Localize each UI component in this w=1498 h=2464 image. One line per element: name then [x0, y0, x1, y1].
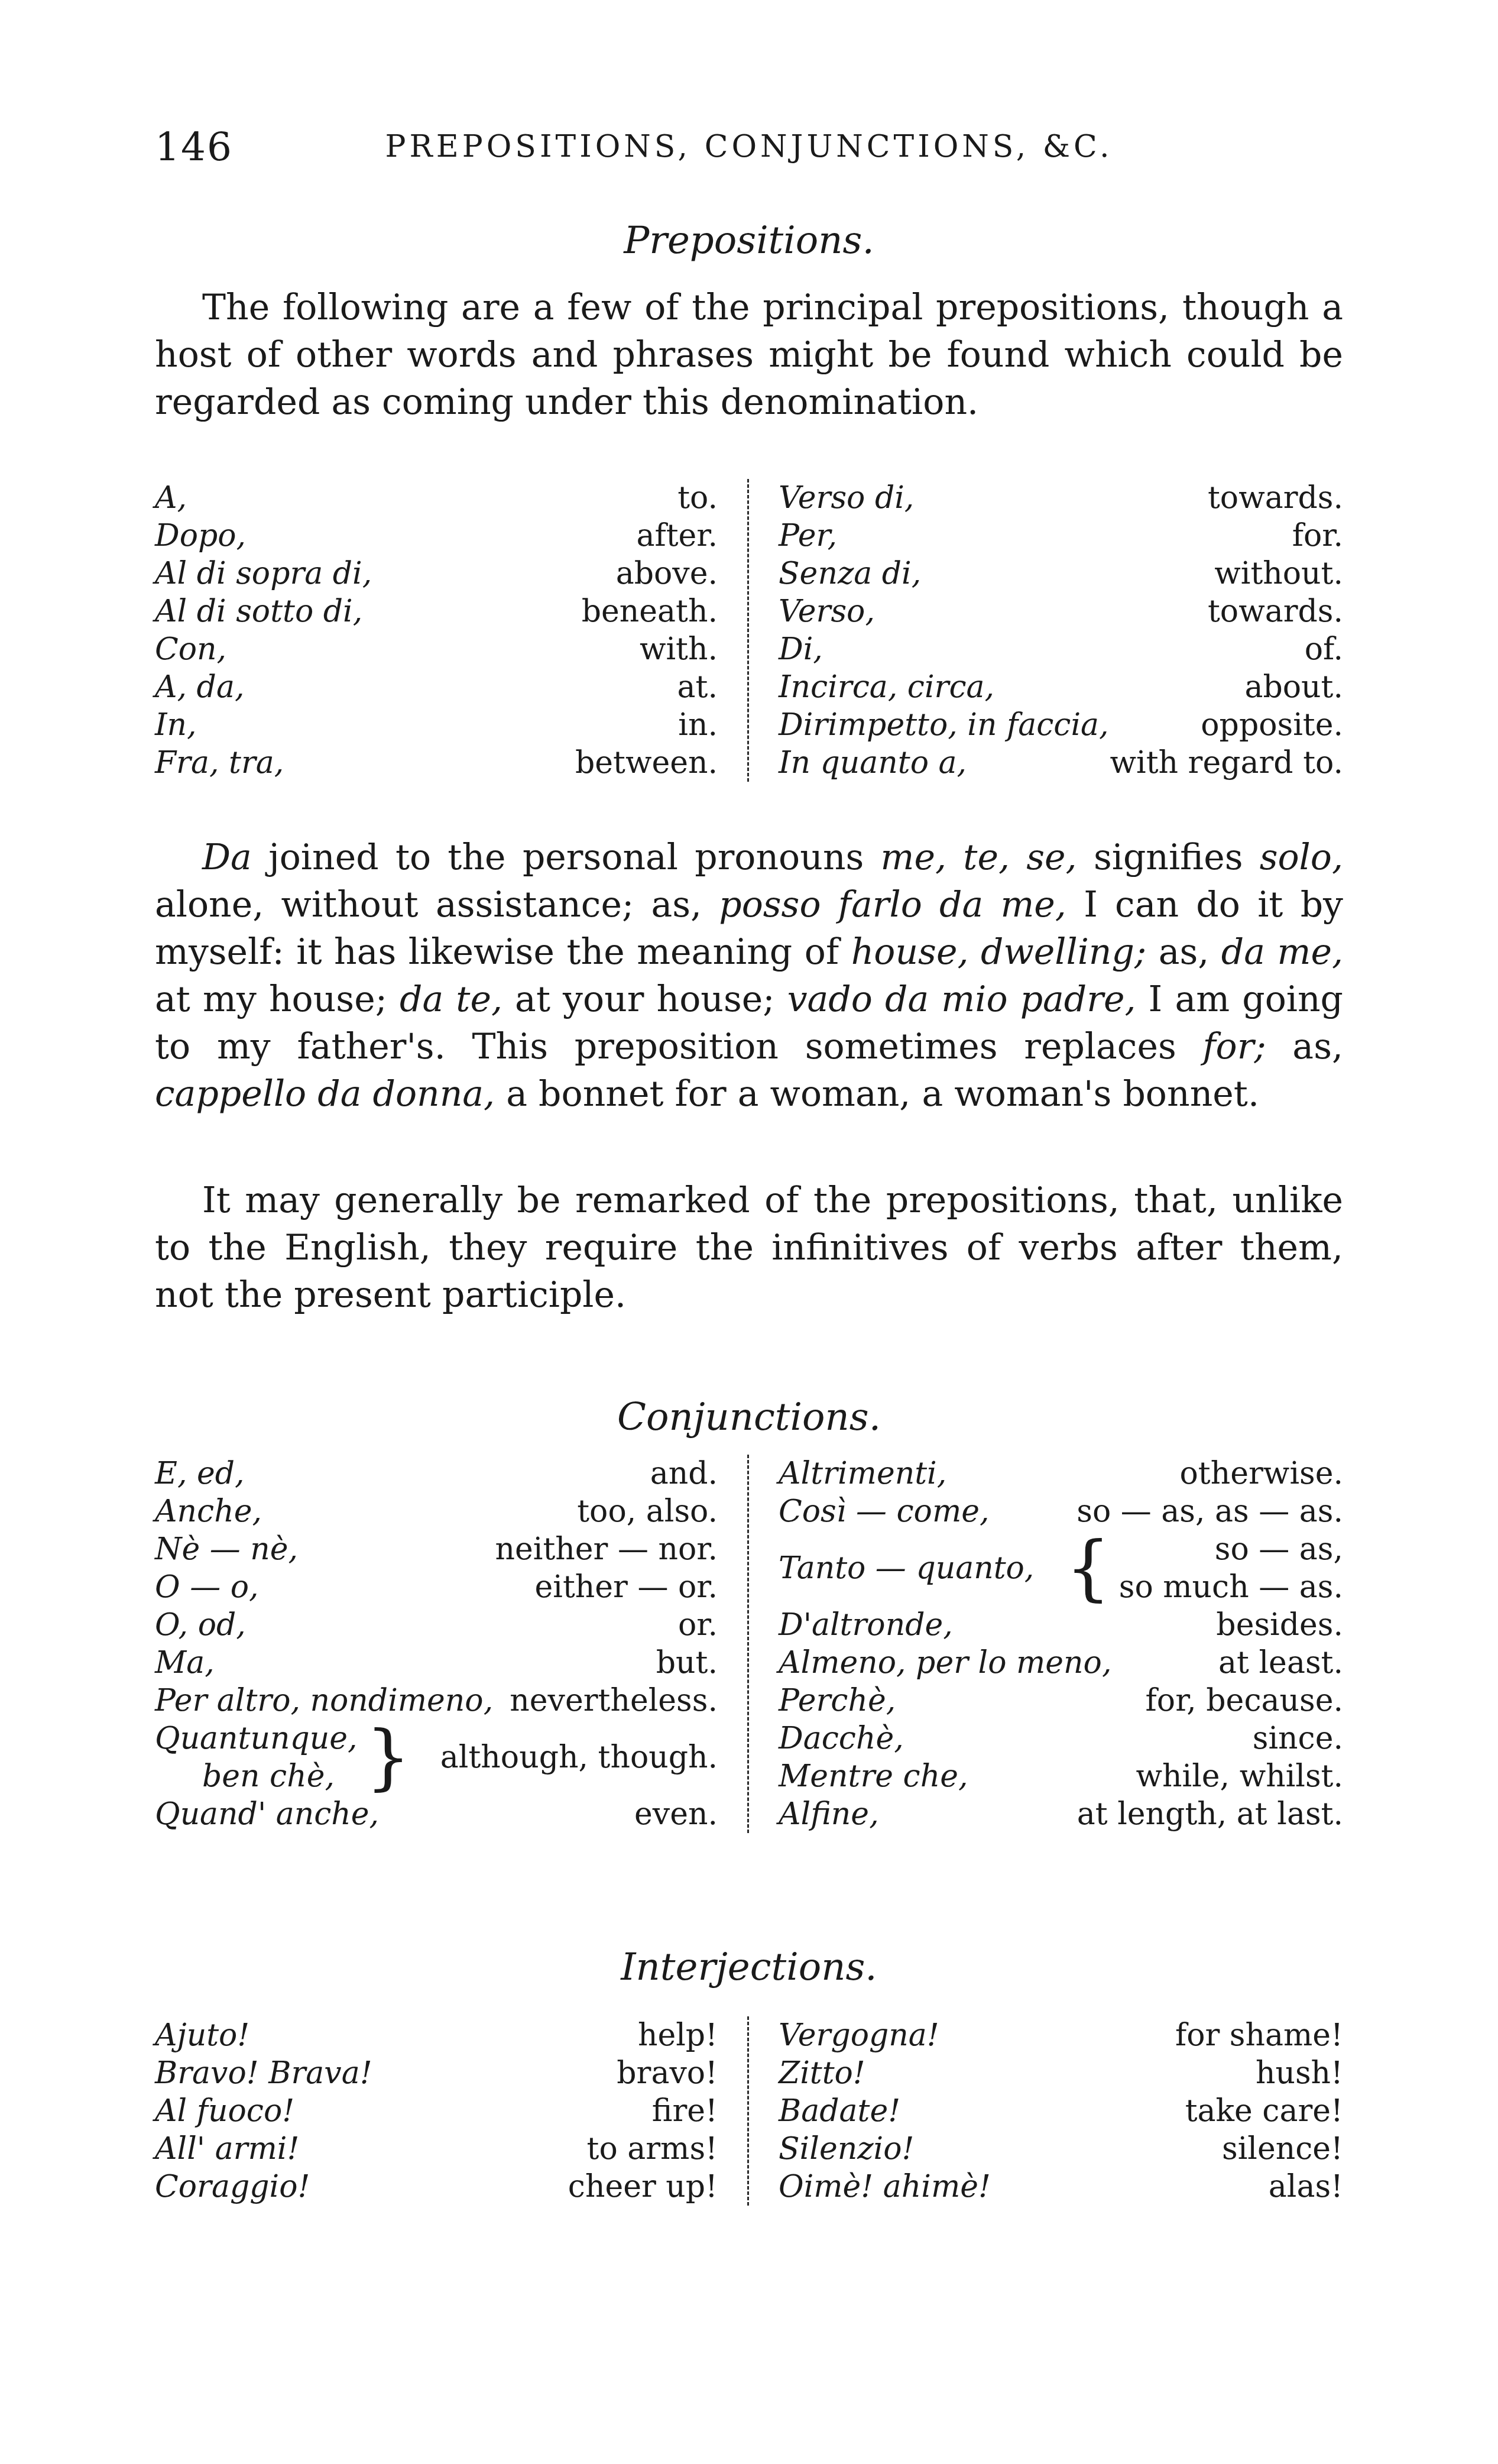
english-meaning: otherwise.	[1180, 1455, 1343, 1492]
table-row: Ajuto!help!	[155, 2016, 718, 2054]
italian-term: Altrimenti,	[779, 1455, 946, 1492]
italian-term: Ajuto!	[155, 2016, 249, 2054]
italian-term: Dacchè,	[779, 1720, 904, 1757]
english-meaning: either — or.	[535, 1568, 718, 1606]
english-meaning: alas!	[1269, 2168, 1343, 2206]
section-title-prepositions: Prepositions.	[155, 219, 1343, 263]
left-brace-icon: {	[1065, 1539, 1110, 1598]
italian-term: Verso,	[779, 592, 875, 630]
english-meaning: at length, at last.	[1077, 1795, 1343, 1833]
italian-term: O, od,	[155, 1606, 246, 1644]
english-meaning: so — as,	[1119, 1530, 1343, 1568]
italian-term: In,	[155, 706, 197, 744]
english-meaning: so — as, as — as.	[1077, 1492, 1343, 1530]
book-page: 146 PREPOSITIONS, CONJUNCTIONS, &c. Prep…	[0, 0, 1498, 2464]
table-row: O — o,either — or.	[155, 1568, 718, 1606]
english-meaning: at least.	[1218, 1644, 1343, 1682]
italian-term: A, da,	[155, 668, 244, 706]
italian-term: Dirimpetto, in faccia,	[779, 706, 1109, 744]
italian-term: Mentre che,	[779, 1757, 968, 1795]
table-row: Oimè! ahimè!alas!	[779, 2168, 1343, 2206]
table-row: Per,for.	[779, 517, 1343, 555]
table-row: Verso,towards.	[779, 592, 1343, 630]
table-row: A,to.	[155, 479, 718, 517]
english-meaning: of.	[1305, 630, 1343, 668]
prepositions-intro: The following are a few of the principal…	[155, 284, 1343, 426]
interjections-right-column: Vergogna!for shame! Zitto!hush! Badate!t…	[749, 2016, 1343, 2206]
right-brace-icon: }	[366, 1728, 411, 1787]
running-header: 146 PREPOSITIONS, CONJUNCTIONS, &c.	[155, 124, 1343, 177]
english-meaning: with.	[640, 630, 718, 668]
italian-term: Al di sopra di,	[155, 555, 372, 592]
table-row: In,in.	[155, 706, 718, 744]
table-row: Verso di,towards.	[779, 479, 1343, 517]
english-meaning: beneath.	[582, 592, 718, 630]
italian-term: D'altronde,	[779, 1606, 953, 1644]
italian-term: Perchè,	[779, 1682, 896, 1720]
section-title-interjections: Interjections.	[155, 1945, 1343, 1989]
table-row: Incirca, circa,about.	[779, 668, 1343, 706]
table-row: Badate!take care!	[779, 2092, 1343, 2130]
table-row: D'altronde,besides.	[779, 1606, 1343, 1644]
english-meaning: opposite.	[1201, 706, 1343, 744]
english-meaning: neither — nor.	[495, 1530, 718, 1568]
english-meaning: without.	[1214, 555, 1343, 592]
italian-term: Incirca, circa,	[779, 668, 994, 706]
english-meaning: to.	[677, 479, 718, 517]
english-meaning: and.	[650, 1455, 718, 1492]
paragraph-da-usage: Da joined to the personal pronouns me, t…	[155, 834, 1343, 1118]
running-title: PREPOSITIONS, CONJUNCTIONS, &c.	[155, 129, 1343, 164]
table-row: Al di sotto di,beneath.	[155, 592, 718, 630]
italian-term: Di,	[779, 630, 823, 668]
english-meaning: cheer up!	[568, 2168, 718, 2206]
english-meaning: at.	[677, 668, 718, 706]
english-meaning: help!	[638, 2016, 718, 2054]
english-meaning: with regard to.	[1110, 744, 1343, 782]
italian-term: Oimè! ahimè!	[779, 2168, 991, 2206]
table-row: E, ed,and.	[155, 1455, 718, 1492]
prepositions-right-column: Verso di,towards. Per,for. Senza di,with…	[749, 479, 1343, 782]
italian-term: Verso di,	[779, 479, 914, 517]
english-meaning: besides.	[1216, 1606, 1343, 1644]
table-row: Altrimenti,otherwise.	[779, 1455, 1343, 1492]
table-row: Coraggio!cheer up!	[155, 2168, 718, 2206]
table-row: Così — come,so — as, as — as.	[779, 1492, 1343, 1530]
table-row: Ma,but.	[155, 1644, 718, 1682]
italian-term: Almeno, per lo meno,	[779, 1644, 1111, 1682]
italian-term: Ma,	[155, 1644, 215, 1682]
english-meaning: fire!	[652, 2092, 718, 2130]
english-meaning: hush!	[1256, 2054, 1343, 2092]
table-row: Dirimpetto, in faccia,opposite.	[779, 706, 1343, 744]
italian-term: Nè — nè,	[155, 1530, 298, 1568]
italian-term: ben chè,	[155, 1757, 358, 1795]
table-row: Bravo! Brava!bravo!	[155, 2054, 718, 2092]
table-row: Anche,too, also.	[155, 1492, 718, 1530]
interjections-table: Ajuto!help! Bravo! Brava!bravo! Al fuoco…	[155, 2016, 1343, 2206]
english-meaning: for shame!	[1175, 2016, 1343, 2054]
english-meaning: although, though.	[440, 1738, 718, 1776]
italian-term: Silenzio!	[779, 2130, 914, 2168]
conjunctions-left-column: E, ed,and. Anche,too, also. Nè — nè,neit…	[155, 1455, 749, 1833]
table-row-grouped: Quantunque, ben chè, } although, though.	[155, 1720, 718, 1795]
table-row: Quand' anche,even.	[155, 1795, 718, 1833]
table-row: Dacchè,since.	[779, 1720, 1343, 1757]
section-title-conjunctions: Conjunctions.	[155, 1395, 1343, 1439]
table-row: A, da,at.	[155, 668, 718, 706]
english-meaning: since.	[1253, 1720, 1343, 1757]
table-row: Zitto!hush!	[779, 2054, 1343, 2092]
english-meaning: towards.	[1208, 592, 1343, 630]
table-row: Al fuoco!fire!	[155, 2092, 718, 2130]
italian-term: All' armi!	[155, 2130, 299, 2168]
table-row: Nè — nè,neither — nor.	[155, 1530, 718, 1568]
italian-term: Anche,	[155, 1492, 262, 1530]
table-row: Di,of.	[779, 630, 1343, 668]
table-row-grouped: Tanto — quanto, { so — as, so much — as.	[779, 1530, 1343, 1606]
italian-term: Quantunque,	[155, 1720, 358, 1757]
table-row: Vergogna!for shame!	[779, 2016, 1343, 2054]
english-meaning: even.	[634, 1795, 718, 1833]
italian-term: Con,	[155, 630, 226, 668]
english-meaning: take care!	[1185, 2092, 1343, 2130]
prepositions-left-column: A,to. Dopo,after. Al di sopra di,above. …	[155, 479, 749, 782]
italian-term: Alfine,	[779, 1795, 879, 1833]
table-row: Alfine,at length, at last.	[779, 1795, 1343, 1833]
italian-term: Al fuoco!	[155, 2092, 294, 2130]
italian-term: Coraggio!	[155, 2168, 310, 2206]
table-row: Silenzio!silence!	[779, 2130, 1343, 2168]
italian-term: Zitto!	[779, 2054, 865, 2092]
italian-term: Senza di,	[779, 555, 921, 592]
table-row: Perchè,for, because.	[779, 1682, 1343, 1720]
english-meaning: but.	[656, 1644, 718, 1682]
english-meaning: too, also.	[577, 1492, 718, 1530]
english-meaning: between.	[575, 744, 718, 782]
english-meaning: for, because.	[1146, 1682, 1343, 1720]
italian-term: A,	[155, 479, 187, 517]
english-meaning: for.	[1292, 517, 1343, 555]
table-row: Fra, tra,between.	[155, 744, 718, 782]
english-meaning: to arms!	[587, 2130, 718, 2168]
english-meaning: bravo!	[617, 2054, 718, 2092]
english-meaning: or.	[678, 1606, 718, 1644]
italian-term: Così — come,	[779, 1492, 990, 1530]
italian-term: Per altro, nondimeno,	[155, 1682, 493, 1720]
english-meaning: towards.	[1208, 479, 1343, 517]
italian-term: Fra, tra,	[155, 744, 284, 782]
english-meaning: while, whilst.	[1136, 1757, 1343, 1795]
english-meaning: so much — as.	[1119, 1568, 1343, 1606]
table-row: Mentre che,while, whilst.	[779, 1757, 1343, 1795]
paragraph-infinitive-note: It may generally be remarked of the prep…	[155, 1177, 1343, 1319]
english-meaning: above.	[616, 555, 718, 592]
prepositions-table: A,to. Dopo,after. Al di sopra di,above. …	[155, 479, 1343, 782]
table-row: Al di sopra di,above.	[155, 555, 718, 592]
table-row: Per altro, nondimeno,nevertheless.	[155, 1682, 718, 1720]
italian-term: O — o,	[155, 1568, 259, 1606]
interjections-left-column: Ajuto!help! Bravo! Brava!bravo! Al fuoco…	[155, 2016, 749, 2206]
table-row: All' armi!to arms!	[155, 2130, 718, 2168]
english-meaning: after.	[636, 517, 718, 555]
italian-term: E, ed,	[155, 1455, 245, 1492]
conjunctions-table: E, ed,and. Anche,too, also. Nè — nè,neit…	[155, 1455, 1343, 1833]
italian-term: Tanto — quanto,	[779, 1549, 1034, 1587]
table-row: Con,with.	[155, 630, 718, 668]
italian-term: Dopo,	[155, 517, 246, 555]
english-meaning: silence!	[1222, 2130, 1343, 2168]
italian-term: Bravo! Brava!	[155, 2054, 372, 2092]
table-row: Senza di,without.	[779, 555, 1343, 592]
italian-term: Vergogna!	[779, 2016, 939, 2054]
italian-term: Per,	[779, 517, 837, 555]
italian-term: Quand' anche,	[155, 1795, 379, 1833]
italian-term: Badate!	[779, 2092, 900, 2130]
italian-term: Al di sotto di,	[155, 592, 362, 630]
table-row: Dopo,after.	[155, 517, 718, 555]
table-row: In quanto a,with regard to.	[779, 744, 1343, 782]
table-row: Almeno, per lo meno,at least.	[779, 1644, 1343, 1682]
table-row: O, od,or.	[155, 1606, 718, 1644]
english-meaning: nevertheless.	[510, 1682, 718, 1720]
italian-term: In quanto a,	[779, 744, 967, 782]
english-meaning: about.	[1244, 668, 1343, 706]
conjunctions-right-column: Altrimenti,otherwise. Così — come,so — a…	[749, 1455, 1343, 1833]
english-meaning: in.	[678, 706, 718, 744]
